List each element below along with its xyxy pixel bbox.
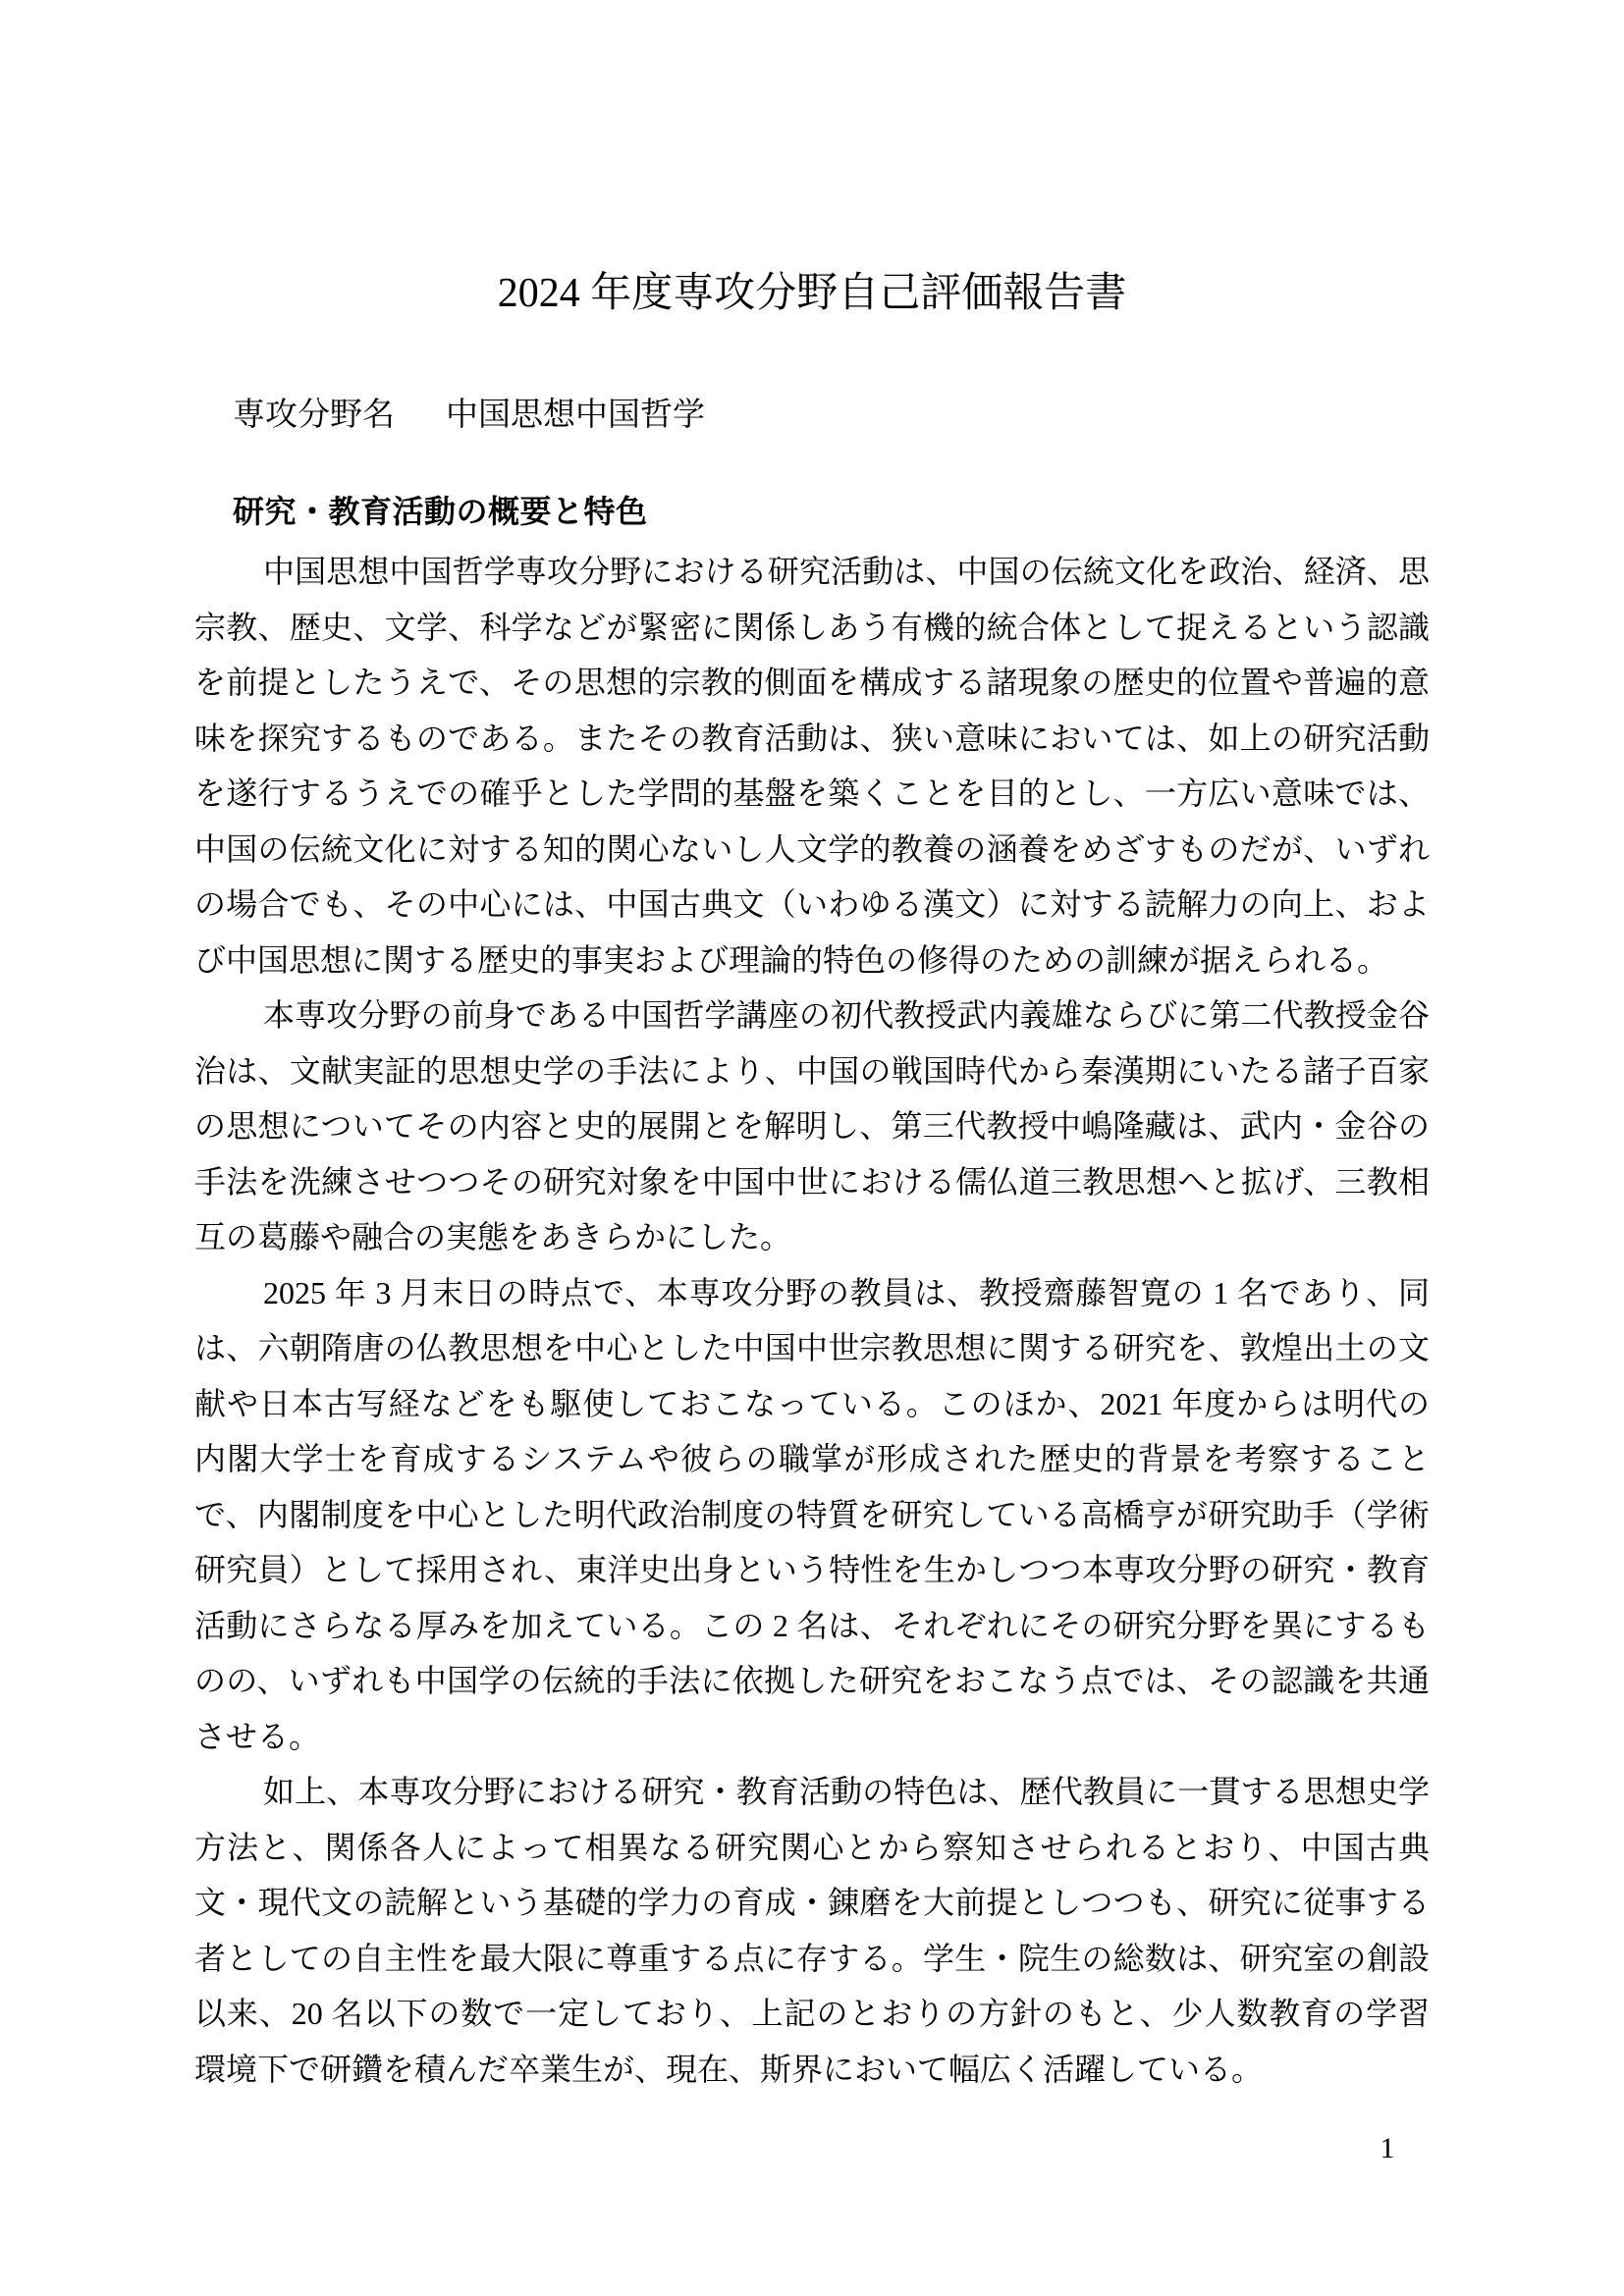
body-line: 如上、本専攻分野における研究・教育活動の特色は、歴代教員に一貫する思想史学的	[194, 1764, 1430, 1820]
body-line: び中国思想に関する歴史的事実および理論的特色の修得のための訓練が据えられる。	[194, 933, 1430, 988]
body-line: の場合でも、その中心には、中国古典文（いわゆる漢文）に対する読解力の向上、およ	[194, 877, 1430, 933]
body-line: 本専攻分野の前身である中国哲学講座の初代教授武内義雄ならびに第二代教授金谷	[194, 988, 1430, 1043]
body-line: 中国思想中国哲学専攻分野における研究活動は、中国の伝統文化を政治、経済、思想、	[194, 544, 1430, 600]
body-line: 2025 年 3 月末日の時点で、本専攻分野の教員は、教授齋藤智寛の 1 名であ…	[194, 1265, 1430, 1321]
body-line: させる。	[194, 1709, 1430, 1765]
body-line: 中国の伝統文化に対する知的関心ないし人文学的教養の涵養をめざすものだが、いずれ	[194, 822, 1430, 878]
body-line: を前提としたうえで、その思想的宗教的側面を構成する諸現象の歴史的位置や普遍的意	[194, 655, 1430, 711]
body-line: 活動にさらなる厚みを加えている。この 2 名は、それぞれにその研究分野を異にする…	[194, 1598, 1430, 1654]
body-line: は、六朝隋唐の仏教思想を中心とした中国中世宗教思想に関する研究を、敦煌出土の文	[194, 1320, 1430, 1376]
field-line: 専攻分野名中国思想中国哲学	[233, 397, 705, 436]
section-heading: 研究・教育活動の概要と特色	[233, 493, 648, 530]
body-line: 方法と、関係各人によって相異なる研究関心とから察知させられるとおり、中国古典	[194, 1820, 1430, 1876]
body-line: 以来、20 名以下の数で一定しており、上記のとおりの方針のもと、少人数教育の学習	[194, 1986, 1430, 2042]
body-line: 手法を洗練させつつその研究対象を中国中世における儒仏道三教思想へと拡げ、三教相	[194, 1154, 1430, 1210]
body-line: 環境下で研鑽を積んだ卒業生が、現在、斯界において幅広く活躍している。	[194, 2042, 1430, 2098]
paragraph: 中国思想中国哲学専攻分野における研究活動は、中国の伝統文化を政治、経済、思想、宗…	[194, 544, 1430, 988]
body-line: 内閣大学士を育成するシステムや彼らの職掌が形成された歴史的背景を考察すること	[194, 1431, 1430, 1487]
body-line: 者としての自主性を最大限に尊重する点に存する。学生・院生の総数は、研究室の創設	[194, 1931, 1430, 1987]
page-number: 1	[1372, 2132, 1403, 2164]
body-line: のの、いずれも中国学の伝統的手法に依拠した研究をおこなう点では、その認識を共通	[194, 1653, 1430, 1709]
page-title: 2024 年度専攻分野自己評価報告書	[0, 271, 1624, 316]
body-line: 研究員）として採用され、東洋史出身という特性を生かしつつ本専攻分野の研究・教育	[194, 1542, 1430, 1598]
body-line: 味を探究するものである。またその教育活動は、狭い意味においては、如上の研究活動	[194, 711, 1430, 767]
body-text: 中国思想中国哲学専攻分野における研究活動は、中国の伝統文化を政治、経済、思想、宗…	[194, 544, 1430, 2097]
body-line: で、内閣制度を中心とした明代政治制度の特質を研究している高橋亨が研究助手（学術	[194, 1487, 1430, 1543]
body-line: 文・現代文の読解という基礎的学力の育成・錬磨を大前提としつつも、研究に従事する	[194, 1875, 1430, 1931]
body-line: 宗教、歴史、文学、科学などが緊密に関係しあう有機的統合体として捉えるという認識	[194, 600, 1430, 656]
body-line: 献や日本古写経などをも駆使しておこなっている。このほか、2021 年度からは明代…	[194, 1376, 1430, 1432]
document-page: 2024 年度専攻分野自己評価報告書 専攻分野名中国思想中国哲学 研究・教育活動…	[0, 0, 1624, 2296]
paragraph: 2025 年 3 月末日の時点で、本専攻分野の教員は、教授齋藤智寛の 1 名であ…	[194, 1265, 1430, 1765]
field-label: 専攻分野名	[233, 398, 395, 433]
body-line: 治は、文献実証的思想史学の手法により、中国の戦国時代から秦漢期にいたる諸子百家	[194, 1043, 1430, 1099]
body-line: の思想についてその内容と史的展開とを解明し、第三代教授中嶋隆藏は、武内・金谷の	[194, 1098, 1430, 1154]
body-line: 互の葛藤や融合の実態をあきらかにした。	[194, 1209, 1430, 1265]
paragraph: 如上、本専攻分野における研究・教育活動の特色は、歴代教員に一貫する思想史学的方法…	[194, 1764, 1430, 2097]
paragraph: 本専攻分野の前身である中国哲学講座の初代教授武内義雄ならびに第二代教授金谷治は、…	[194, 988, 1430, 1265]
field-value: 中国思想中国哲学	[446, 398, 705, 433]
body-line: を遂行するうえでの確乎とした学問的基盤を築くことを目的とし、一方広い意味では、	[194, 766, 1430, 822]
